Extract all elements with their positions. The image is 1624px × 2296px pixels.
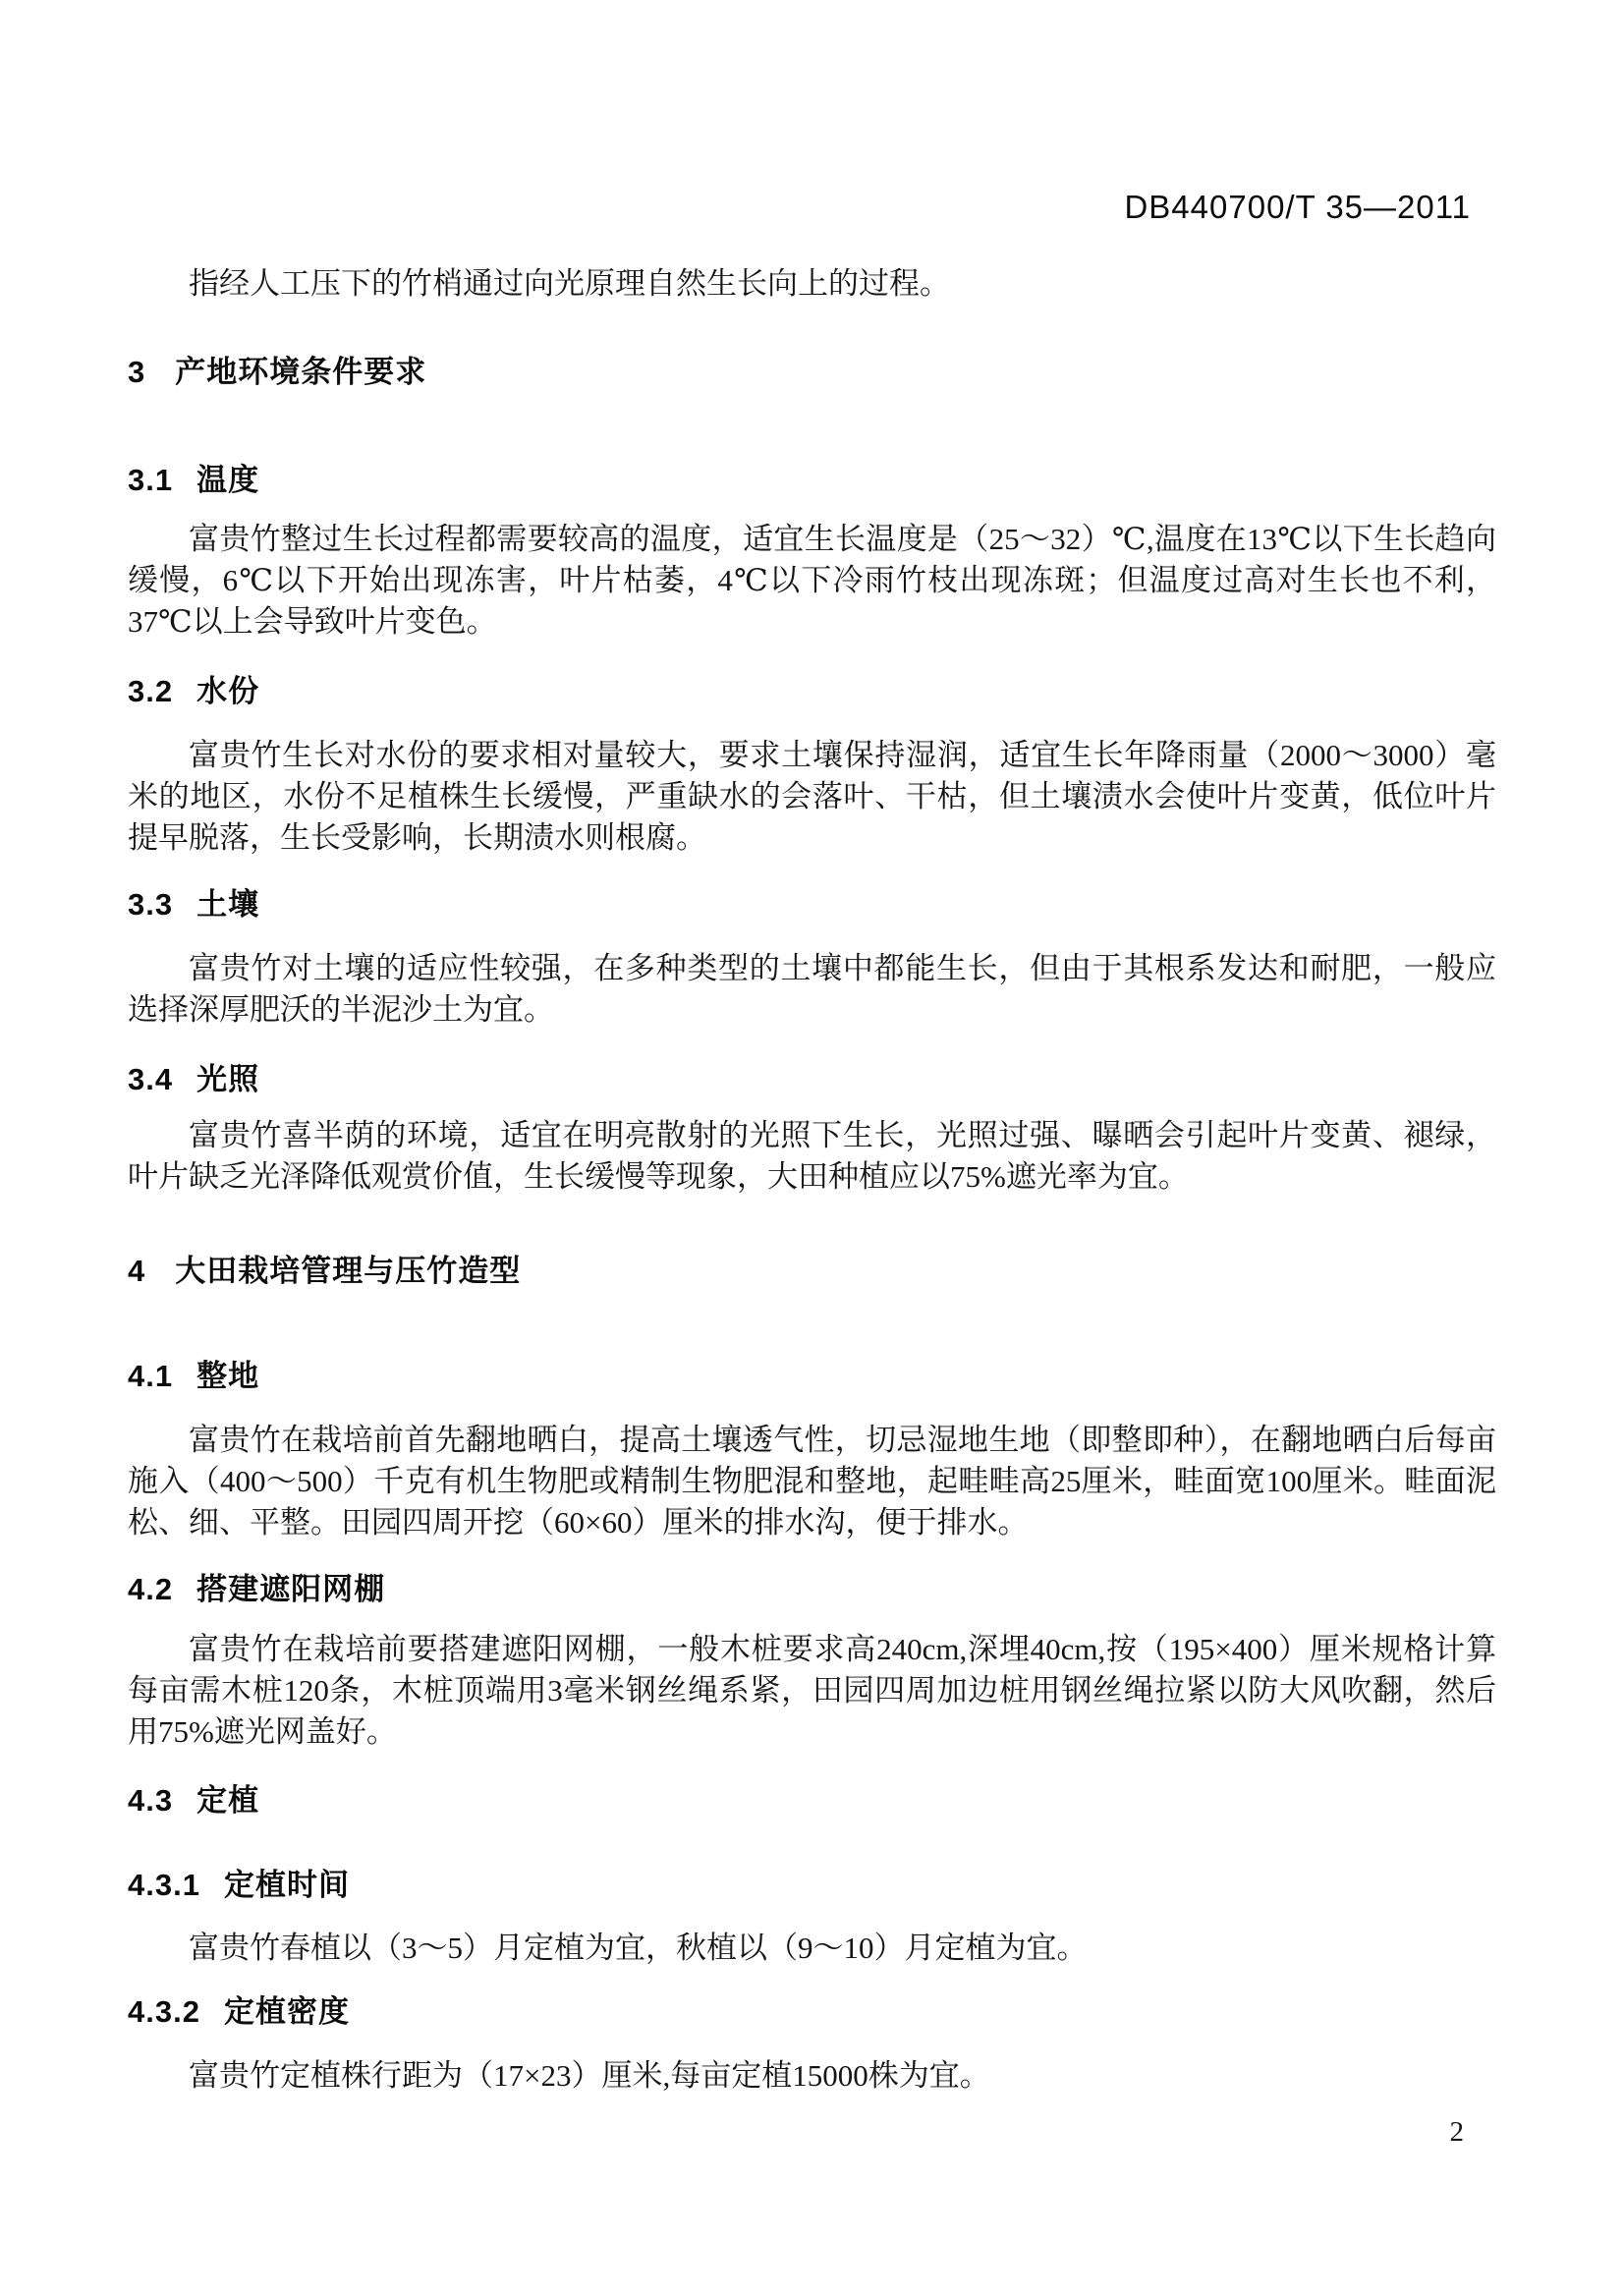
section-4-3-2-number: 4.3.2: [128, 1991, 200, 2033]
section-4-3-1-number: 4.3.1: [128, 1865, 200, 1906]
section-4-3-2-heading: 4.3.2定植密度: [128, 1991, 1496, 2033]
chapter-4-number: 4: [128, 1251, 145, 1292]
chapter-3-title: 产地环境条件要求: [175, 355, 426, 389]
section-4-2-number: 4.2: [128, 1569, 173, 1610]
chapter-4-heading: 4大田栽培管理与压竹造型: [128, 1251, 1496, 1292]
section-4-1-title: 整地: [196, 1359, 259, 1393]
section-3-1-title: 温度: [196, 463, 259, 497]
section-3-4-number: 3.4: [128, 1059, 173, 1100]
section-3-2-number: 3.2: [128, 671, 173, 712]
section-4-1-heading: 4.1整地: [128, 1356, 1496, 1397]
section-3-4-heading: 3.4光照: [128, 1059, 1496, 1100]
section-4-1-number: 4.1: [128, 1356, 173, 1397]
section-4-3-1-paragraph: 富贵竹春植以（3～5）月定植为宜，秋植以（9～10）月定植为宜。: [128, 1928, 1496, 1969]
section-4-3-number: 4.3: [128, 1780, 173, 1821]
section-4-3-heading: 4.3定植: [128, 1780, 1496, 1821]
section-3-2-paragraph: 富贵竹生长对水份的要求相对量较大，要求土壤保持湿润，适宜生长年降雨量（2000～…: [128, 735, 1496, 859]
section-3-1-heading: 3.1温度: [128, 460, 1496, 501]
section-4-2-heading: 4.2搭建遮阳网棚: [128, 1569, 1496, 1610]
section-3-3-paragraph: 富贵竹对土壤的适应性较强，在多种类型的土壤中都能生长，但由于其根系发达和耐肥，一…: [128, 948, 1496, 1031]
section-3-3-number: 3.3: [128, 884, 173, 925]
page-number: 2: [128, 2114, 1464, 2150]
section-3-4-title: 光照: [196, 1062, 259, 1096]
standard-code-header: DB440700/T 35—2011: [128, 187, 1471, 228]
chapter-3-number: 3: [128, 352, 145, 393]
section-4-3-1-heading: 4.3.1定植时间: [128, 1865, 1496, 1906]
section-3-4-paragraph: 富贵竹喜半荫的环境，适宜在明亮散射的光照下生长，光照过强、曝晒会引起叶片变黄、褪…: [128, 1115, 1496, 1198]
section-4-2-paragraph: 富贵竹在栽培前要搭建遮阳网棚，一般木桩要求高240cm,深埋40cm,按（195…: [128, 1629, 1496, 1753]
document-page: DB440700/T 35—2011 指经人工压下的竹梢通过向光原理自然生长向上…: [0, 0, 1624, 2296]
section-4-3-2-paragraph: 富贵竹定植株行距为（17×23）厘米,每亩定植15000株为宜。: [128, 2055, 1496, 2097]
chapter-3-heading: 3产地环境条件要求: [128, 352, 1496, 393]
section-4-3-1-title: 定植时间: [224, 1868, 350, 1902]
section-4-2-title: 搭建遮阳网棚: [196, 1572, 385, 1606]
section-3-1-number: 3.1: [128, 460, 173, 501]
section-3-3-heading: 3.3土壤: [128, 884, 1496, 925]
intro-paragraph: 指经人工压下的竹梢通过向光原理自然生长向上的过程。: [128, 263, 1496, 305]
section-3-1-paragraph: 富贵竹整过生长过程都需要较高的温度，适宜生长温度是（25～32）℃,温度在13℃…: [128, 519, 1496, 643]
section-3-2-title: 水份: [196, 674, 259, 708]
chapter-4-title: 大田栽培管理与压竹造型: [175, 1254, 521, 1288]
section-4-3-title: 定植: [196, 1783, 259, 1818]
section-3-3-title: 土壤: [196, 887, 259, 922]
section-4-3-2-title: 定植密度: [224, 1994, 350, 2029]
section-4-1-paragraph: 富贵竹在栽培前首先翻地晒白，提高土壤透气性，切忌湿地生地（即整即种），在翻地晒白…: [128, 1420, 1496, 1543]
section-3-2-heading: 3.2水份: [128, 671, 1496, 712]
